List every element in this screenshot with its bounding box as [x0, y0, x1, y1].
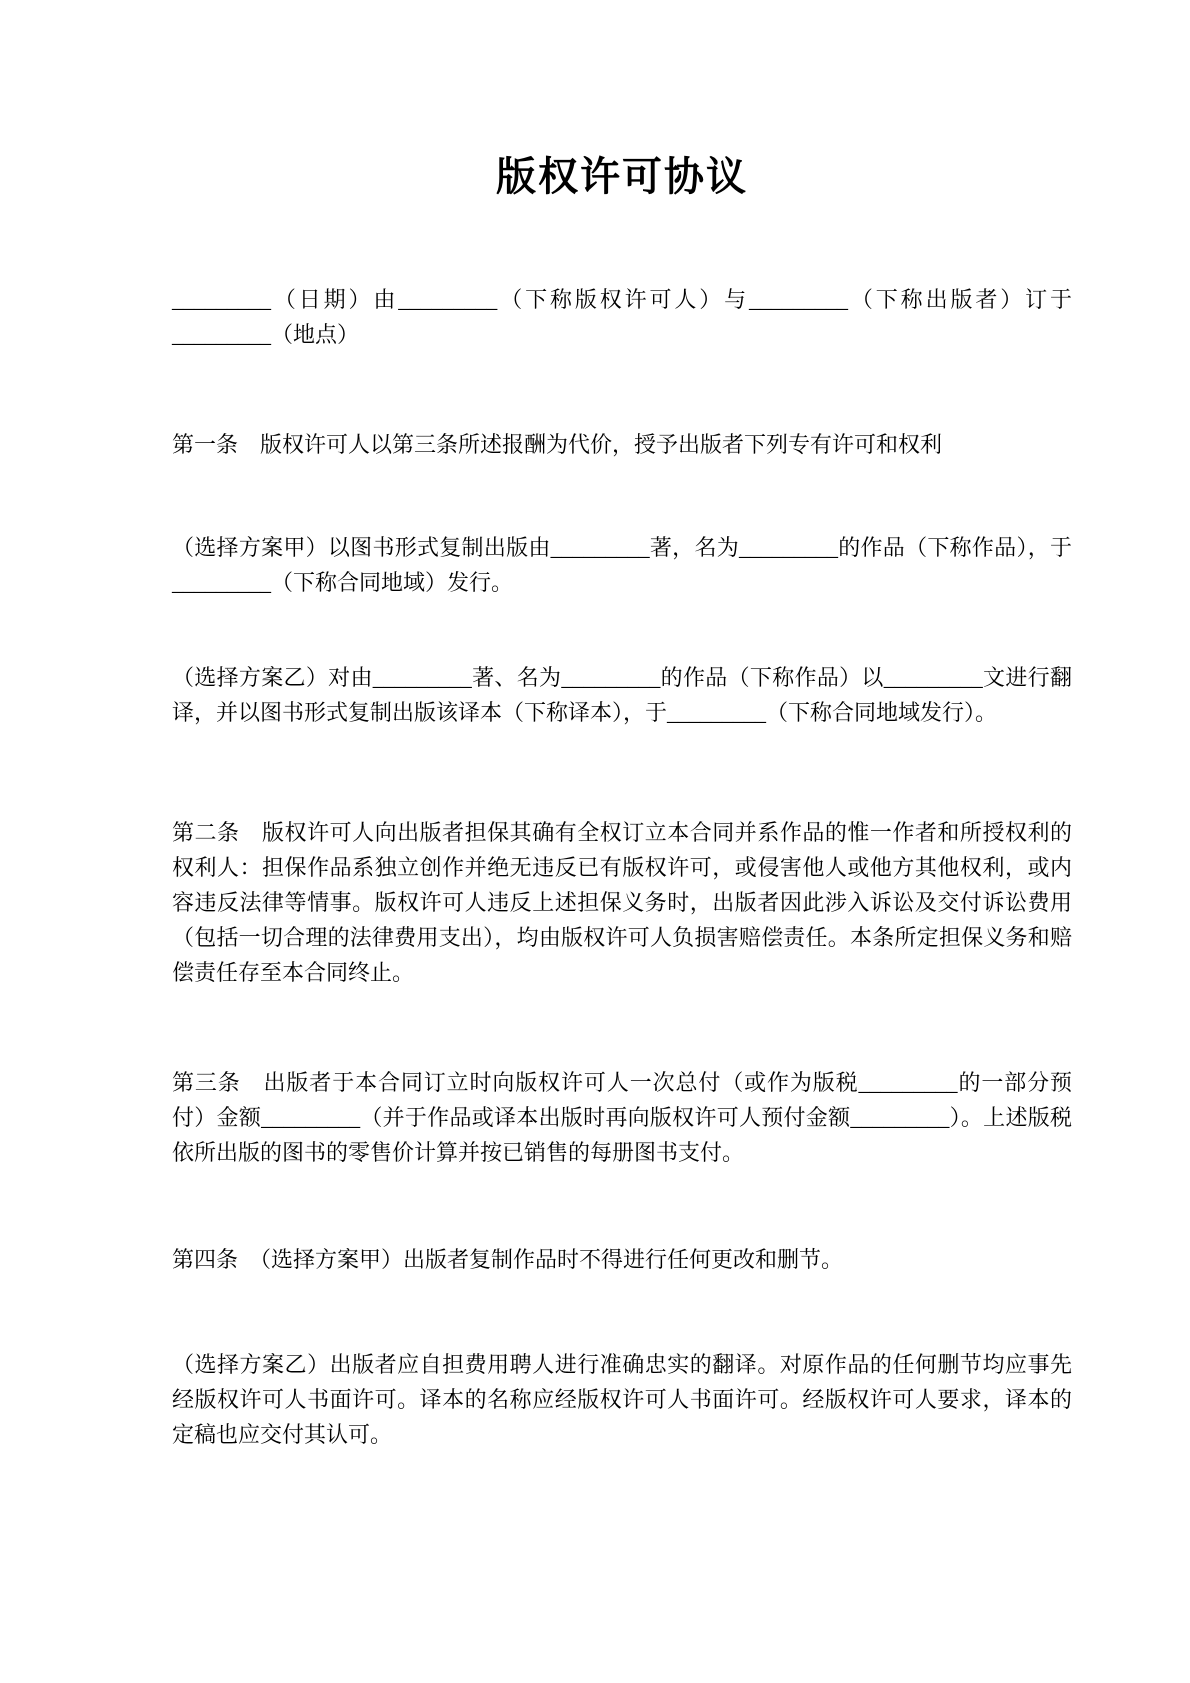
paragraph-article-1-option-a: （选择方案甲）以图书形式复制出版由_________著，名为_________的… — [172, 530, 1072, 600]
paragraph-article-4-option-a: 第四条 （选择方案甲）出版者复制作品时不得进行任何更改和删节。 — [172, 1242, 1072, 1277]
paragraph-article-2: 第二条 版权许可人向出版者担保其确有全权订立本合同并系作品的惟一作者和所授权利的… — [172, 815, 1072, 990]
paragraph-intro-parties-date: _________（日期）由_________（下称版权许可人）与_______… — [172, 282, 1072, 352]
paragraph-article-4-option-b: （选择方案乙）出版者应自担费用聘人进行准确忠实的翻译。对原作品的任何删节均应事先… — [172, 1347, 1072, 1452]
paragraph-article-1: 第一条 版权许可人以第三条所述报酬为代价，授予出版者下列专有许可和权利 — [172, 427, 1072, 462]
paragraph-article-3: 第三条 出版者于本合同订立时向版权许可人一次总付（或作为版税_________的… — [172, 1065, 1072, 1170]
paragraph-article-1-option-b: （选择方案乙）对由_________著、名为_________的作品（下称作品）… — [172, 660, 1072, 730]
document-title: 版权许可协议 — [172, 146, 1072, 208]
document-page: 版权许可协议 _________（日期）由_________（下称版权许可人）与… — [0, 0, 1190, 1683]
document-content: 版权许可协议 _________（日期）由_________（下称版权许可人）与… — [0, 0, 1190, 1452]
